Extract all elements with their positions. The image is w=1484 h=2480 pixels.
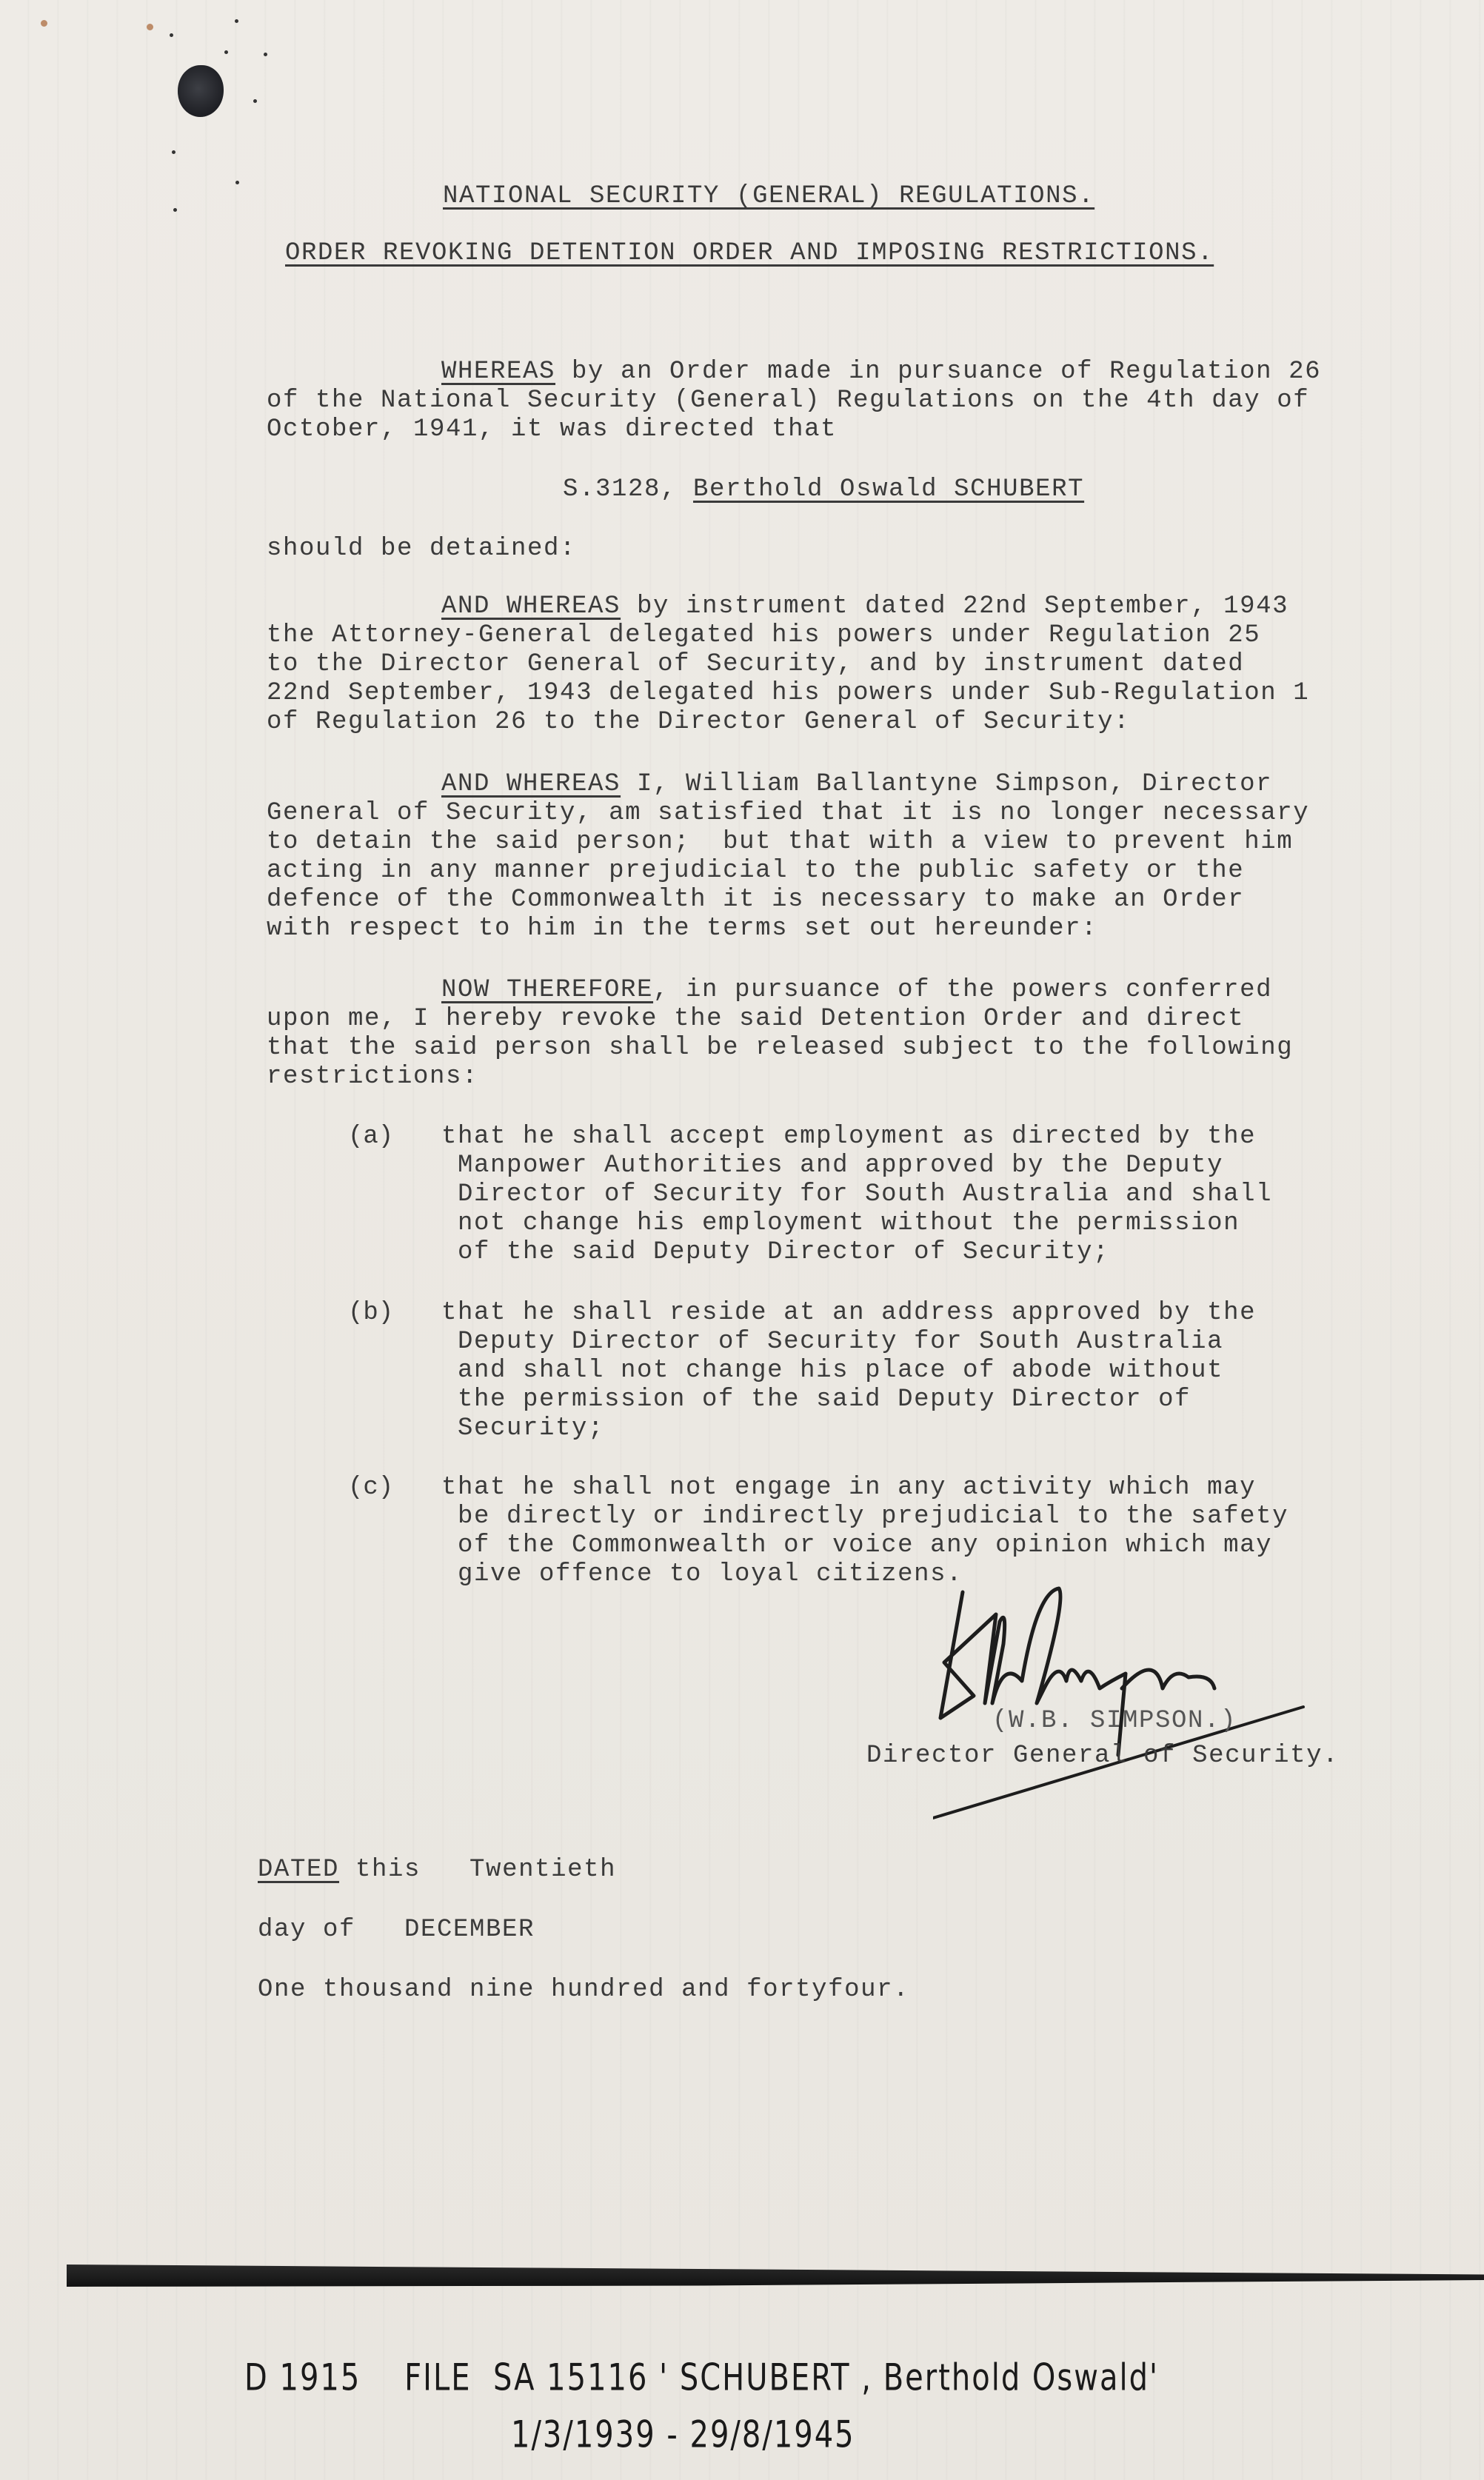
ink-speck bbox=[172, 150, 176, 154]
signatory-name: (W.B. SIMPSON.) bbox=[992, 1707, 1237, 1736]
handwritten-file-note: D 1915 FILE SA 15116 ' SCHUBERT , Bertho… bbox=[244, 2356, 1159, 2399]
dated-year-line: One thousand nine hundred and fortyfour. bbox=[258, 1976, 909, 2005]
restriction-label-c: (c) bbox=[348, 1474, 393, 1502]
ink-speck bbox=[173, 208, 177, 212]
handwritten-date-range: 1/3/1939 - 29/8/1945 bbox=[511, 2413, 855, 2456]
signatory-title: Director General of Security. bbox=[866, 1742, 1339, 1771]
restriction-label-b: (b) bbox=[348, 1299, 393, 1327]
restriction-c: that he shall not engage in any activity… bbox=[441, 1474, 1289, 1589]
paragraph-now-therefore: NOW THEREFORE, in pursuance of the power… bbox=[267, 976, 1392, 1092]
ink-speck bbox=[235, 181, 239, 184]
ink-speck bbox=[235, 19, 238, 23]
restriction-label-a: (a) bbox=[348, 1123, 393, 1151]
restriction-a: that he shall accept employment as direc… bbox=[441, 1123, 1272, 1267]
detainee-line: S.3128, Berthold Oswald SCHUBERT bbox=[563, 475, 1084, 504]
paragraph-and-whereas-1: AND WHEREAS by instrument dated 22nd Sep… bbox=[267, 592, 1392, 737]
ink-speck bbox=[224, 50, 228, 54]
document-title: NATIONAL SECURITY (GENERAL) REGULATIONS. bbox=[443, 182, 1094, 211]
detainee-number: S.3128, bbox=[563, 475, 693, 504]
restriction-b: that he shall reside at an address appro… bbox=[441, 1299, 1256, 1443]
paragraph-and-whereas-2: AND WHEREAS I, William Ballantyne Simpso… bbox=[267, 770, 1392, 943]
dated-month-line: day of DECEMBER bbox=[258, 1916, 535, 1945]
ink-speck bbox=[264, 53, 267, 56]
handwritten-signature bbox=[933, 1577, 1363, 1822]
paragraph-whereas: WHEREAS by an Order made in pursuance of… bbox=[267, 358, 1392, 444]
detainee-name: Berthold Oswald SCHUBERT bbox=[693, 475, 1084, 504]
document-subtitle: ORDER REVOKING DETENTION ORDER AND IMPOS… bbox=[285, 239, 1214, 268]
detained-line: should be detained: bbox=[267, 535, 1392, 564]
rust-mark bbox=[147, 24, 153, 30]
ink-blot bbox=[178, 65, 224, 117]
ink-speck bbox=[170, 33, 173, 37]
ink-speck bbox=[253, 99, 257, 103]
paragraph-lead: WHEREAS bbox=[441, 358, 555, 386]
dated-line: DATED this Twentieth bbox=[258, 1856, 616, 1885]
rust-mark bbox=[41, 20, 47, 27]
